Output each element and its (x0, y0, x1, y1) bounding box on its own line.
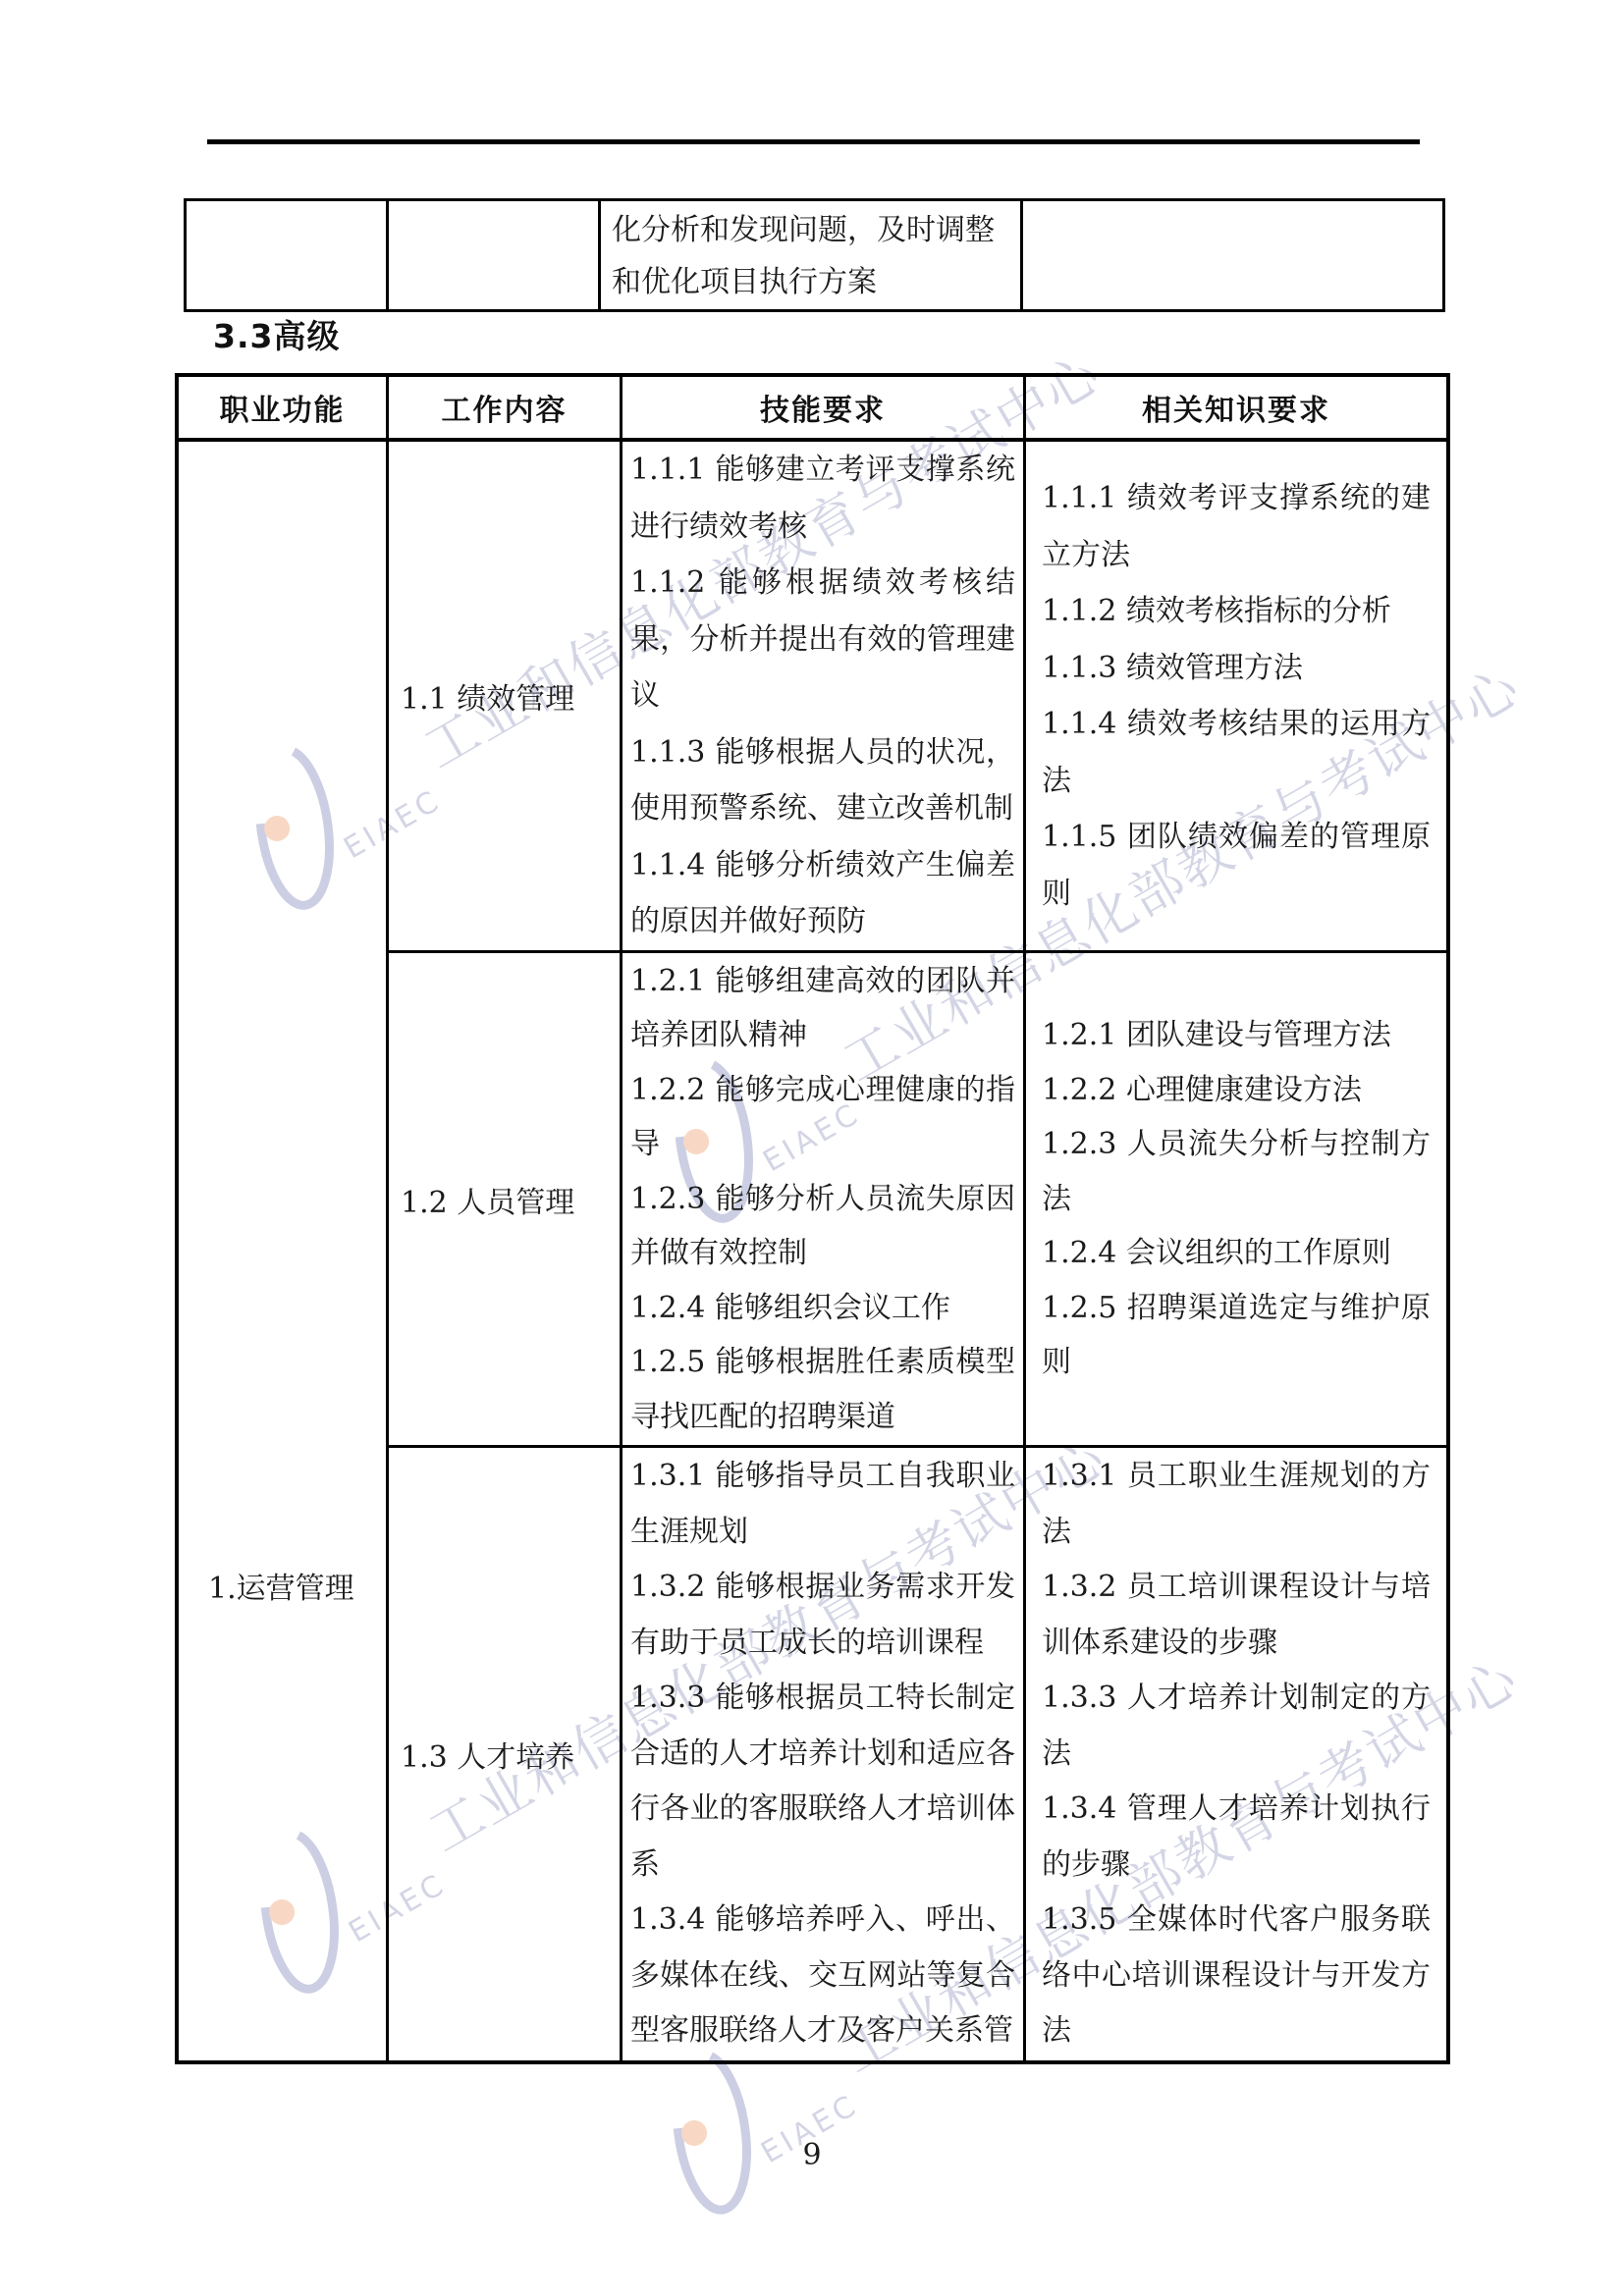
cell-skills-1-3: 1.3.1 能够指导员工自我职业生涯规划 1.3.2 能够根据业务需求开发有助于… (623, 1448, 1026, 2060)
knowledge-item: 1.1.2 绩效考核指标的分析 (1042, 583, 1431, 640)
knowledge-item: 1.1.1 绩效考评支撑系统的建立方法 (1042, 470, 1431, 583)
cell-work-1-2: 1.2 人员管理 (389, 953, 623, 1448)
column-header-skills: 技能要求 (623, 377, 1026, 442)
skill-item: 1.3.3 能够根据员工特长制定合适的人才培养计划和适应各行各业的客服联络人才培… (630, 1671, 1015, 1893)
knowledge-item: 1.2.1 团队建设与管理方法 (1042, 1008, 1431, 1063)
cell-skills-1-2: 1.2.1 能够组建高效的团队并培养团队精神 1.2.2 能够完成心理健康的指导… (623, 953, 1026, 1448)
skill-item: 1.3.4 能够培养呼入、呼出、多媒体在线、交互网站等复合型客服联络人才及客户关… (630, 1893, 1015, 2059)
cell-work-1-1: 1.1 绩效管理 (389, 442, 623, 953)
knowledge-item: 1.3.2 员工培训课程设计与培训体系建设的步骤 (1042, 1560, 1431, 1671)
skill-item: 1.3.1 能够指导员工自我职业生涯规划 (630, 1449, 1015, 1560)
column-header-function: 职业功能 (179, 377, 389, 442)
continued-cell-work (389, 201, 601, 309)
cell-skills-1-1: 1.1.1 能够建立考评支撑系统进行绩效考核 1.1.2 能够根据绩效考核结果，… (623, 442, 1026, 953)
continued-text: 化分析和发现问题，及时调整 和优化项目执行方案 (601, 201, 1020, 308)
continued-cell-function (187, 201, 389, 309)
cell-function: 1.运营管理 (179, 442, 389, 2060)
continued-cell-knowledge (1023, 201, 1442, 309)
skill-item: 1.1.2 能够根据绩效考核结果，分析并提出有效的管理建议 (630, 555, 1015, 724)
continued-table: 化分析和发现问题，及时调整 和优化项目执行方案 (184, 198, 1445, 312)
skill-item: 1.2.4 能够组织会议工作 (630, 1281, 1015, 1336)
knowledge-item: 1.2.4 会议组织的工作原则 (1042, 1226, 1431, 1281)
knowledge-item: 1.3.5 全媒体时代客户服务联络中心培训课程设计与开发方法 (1042, 1893, 1431, 2059)
skill-item: 1.3.2 能够根据业务需求开发有助于员工成长的培训课程 (630, 1560, 1015, 1671)
cell-work-1-3: 1.3 人才培养 (389, 1448, 623, 2060)
knowledge-item: 1.1.4 绩效考核结果的运用方法 (1042, 696, 1431, 809)
knowledge-item: 1.2.3 人员流失分析与控制方法 (1042, 1117, 1431, 1226)
skill-item: 1.2.3 能够分析人员流失原因并做有效控制 (630, 1172, 1015, 1281)
knowledge-item: 1.1.5 团队绩效偏差的管理原则 (1042, 809, 1431, 922)
knowledge-item: 1.3.1 员工职业生涯规划的方法 (1042, 1449, 1431, 1560)
work-label: 1.2 人员管理 (401, 1178, 574, 1221)
knowledge-item: 1.3.3 人才培养计划制定的方法 (1042, 1671, 1431, 1782)
section-heading: 3.3高级 (213, 311, 340, 357)
document-page: 化分析和发现问题，及时调整 和优化项目执行方案 3.3高级 职业功能 工作内容 … (0, 0, 1624, 2296)
knowledge-item: 1.2.2 心理健康建设方法 (1042, 1063, 1431, 1118)
knowledge-item: 1.1.3 绩效管理方法 (1042, 640, 1431, 697)
cell-knowledge-1-1: 1.1.1 绩效考评支撑系统的建立方法 1.1.2 绩效考核指标的分析 1.1.… (1026, 442, 1446, 953)
header-rule (207, 139, 1420, 144)
skill-item: 1.1.1 能够建立考评支撑系统进行绩效考核 (630, 442, 1015, 555)
work-label: 1.3 人才培养 (401, 1733, 574, 1776)
column-header-work: 工作内容 (389, 377, 623, 442)
skill-item: 1.1.3 能够根据人员的状况，使用预警系统、建立改善机制 (630, 724, 1015, 837)
function-label: 1.运营管理 (208, 1564, 354, 1607)
knowledge-item: 1.3.4 管理人才培养计划执行的步骤 (1042, 1782, 1431, 1893)
skill-item: 1.2.5 能够根据胜任素质模型寻找匹配的招聘渠道 (630, 1335, 1015, 1444)
work-label: 1.1 绩效管理 (401, 674, 574, 718)
skill-item: 1.2.1 能够组建高效的团队并培养团队精神 (630, 954, 1015, 1063)
page-number: 9 (0, 2138, 1624, 2172)
qualification-table: 职业功能 工作内容 技能要求 相关知识要求 1.运营管理 1.1 绩效管理 1.… (175, 373, 1450, 2064)
skill-item: 1.1.4 能够分析绩效产生偏差的原因并做好预防 (630, 837, 1015, 950)
cell-knowledge-1-3: 1.3.1 员工职业生涯规划的方法 1.3.2 员工培训课程设计与培训体系建设的… (1026, 1448, 1446, 2060)
knowledge-item: 1.2.5 招聘渠道选定与维护原则 (1042, 1281, 1431, 1390)
column-header-knowledge: 相关知识要求 (1026, 377, 1446, 442)
skill-item: 1.2.2 能够完成心理健康的指导 (630, 1063, 1015, 1172)
cell-knowledge-1-2: 1.2.1 团队建设与管理方法 1.2.2 心理健康建设方法 1.2.3 人员流… (1026, 953, 1446, 1448)
continued-cell-skills: 化分析和发现问题，及时调整 和优化项目执行方案 (601, 201, 1023, 309)
